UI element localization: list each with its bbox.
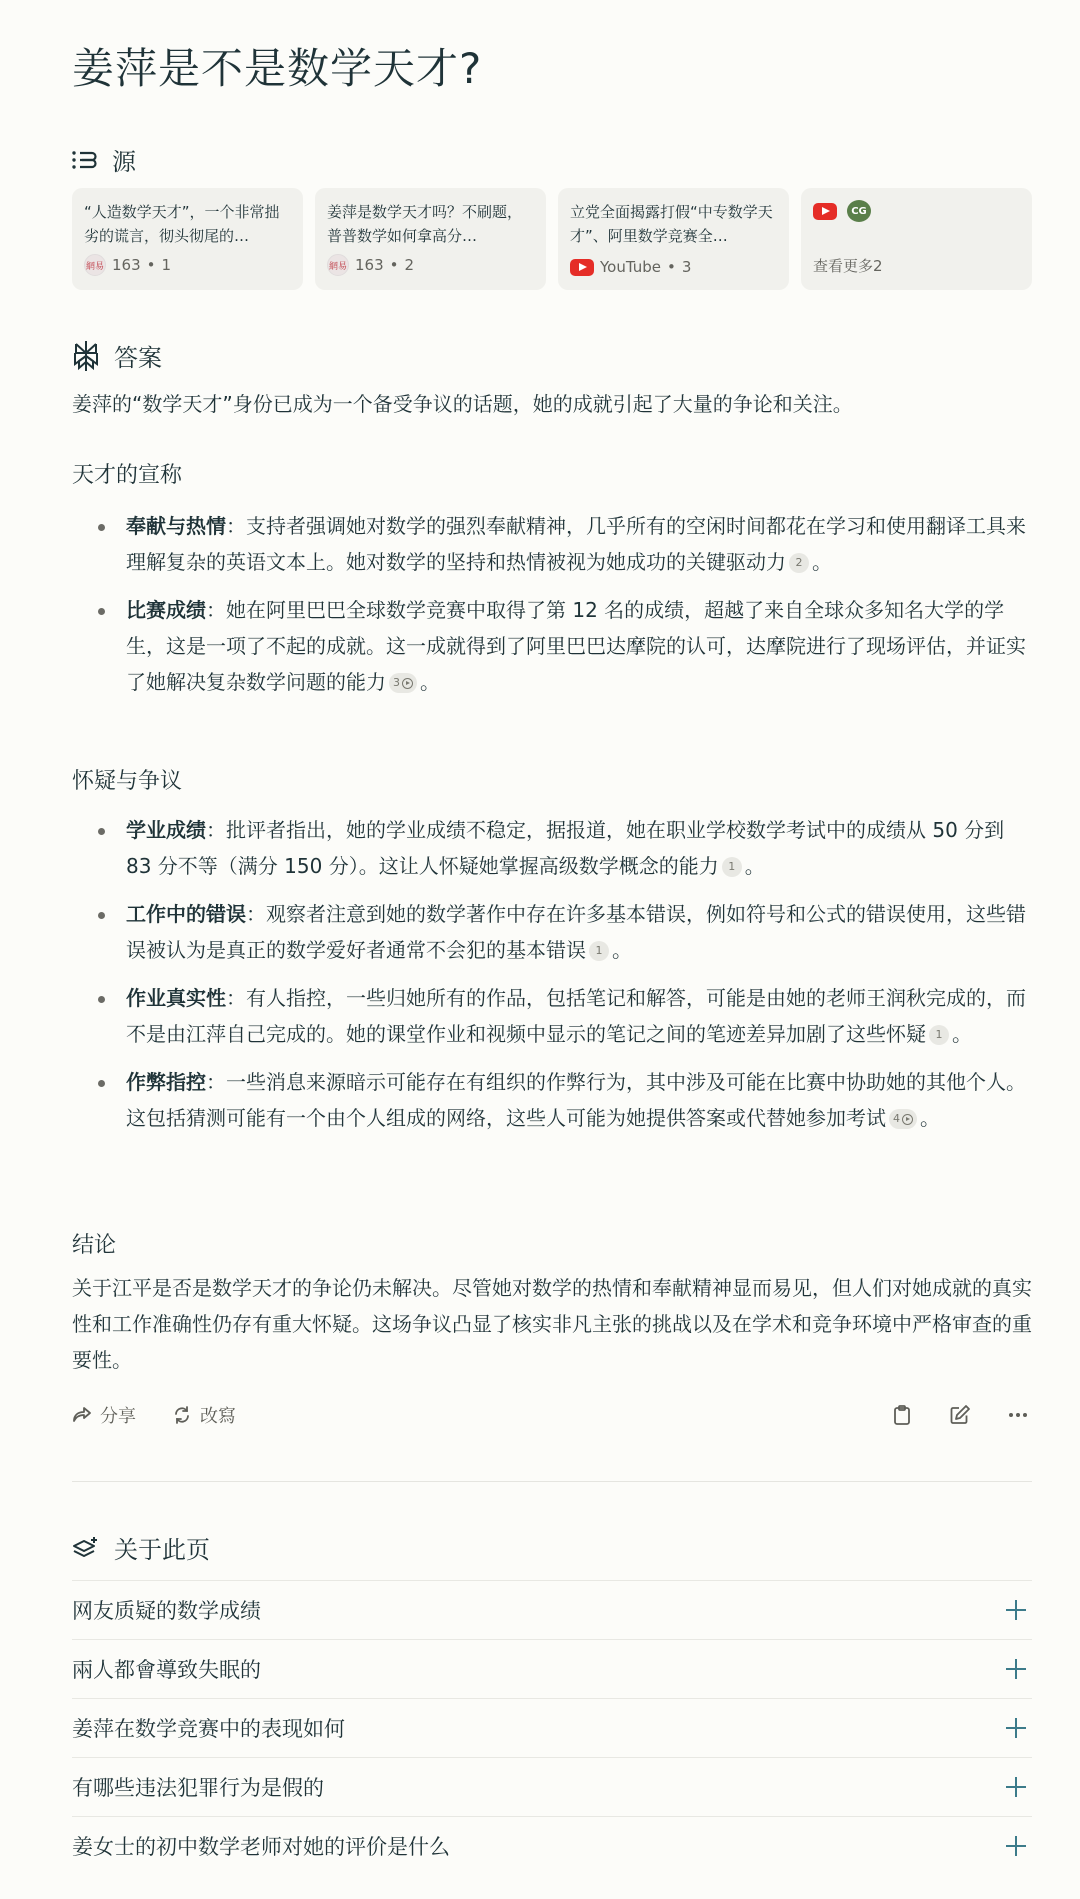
section-heading-doubts: 怀疑与争议 — [72, 764, 182, 795]
sources-list: “人造数学天才”，一个非常拙劣的谎言，彻头彻尾的… 網易 163 • 1 姜萍是… — [72, 188, 1032, 290]
related-item-label: 姜女士的初中数学老师对她的评价是什么 — [72, 1831, 450, 1861]
plus-icon — [1006, 1777, 1026, 1797]
list-item: 学业成绩：批评者指出，她的学业成绩不稳定，据报道，她在职业学校数学考试中的成绩从… — [96, 812, 1032, 884]
related-item-label: 兩人都會導致失眠的 — [72, 1654, 261, 1684]
related-item[interactable]: 兩人都會導致失眠的 — [72, 1639, 1032, 1698]
item-text: ：有人指控，一些归她所有的作品，包括笔记和解答，可能是由她的老师王润秋完成的，而… — [126, 986, 1026, 1046]
answer-actions: 分享 改寫 — [72, 1398, 1032, 1432]
related-item-label: 有哪些违法犯罪行为是假的 — [72, 1772, 324, 1802]
source-site: 163 — [355, 256, 384, 274]
separator-dot: • — [147, 256, 156, 274]
source-meta: 網易 163 • 1 — [84, 254, 171, 276]
answer-heading: 答案 — [72, 338, 162, 373]
answer-intro: 姜萍的“数学天才”身份已成为一个备受争议的话题，她的成就引起了大量的争论和关注。 — [72, 388, 853, 420]
citation-badge[interactable]: 1 — [929, 1025, 949, 1045]
source-site: 163 — [112, 256, 141, 274]
rewrite-button[interactable]: 改寫 — [172, 1402, 236, 1428]
video-play-icon — [902, 1114, 913, 1125]
item-text: ：观察者注意到她的数学著作中存在许多基本错误，例如符号和公式的错误使用，这些错误… — [126, 902, 1026, 962]
view-more-label: 查看更多2 — [813, 255, 883, 276]
copy-button[interactable] — [888, 1401, 916, 1429]
sources-heading-label: 源 — [112, 142, 136, 177]
source-site: YouTube — [600, 258, 661, 276]
related-item-label: 姜萍在数学竞赛中的表现如何 — [72, 1713, 345, 1743]
edit-icon — [949, 1404, 971, 1426]
related-item-label: 网友质疑的数学成绩 — [72, 1595, 261, 1625]
cg-icon: CG — [847, 200, 871, 222]
separator-dot: • — [667, 258, 676, 276]
item-label: 比赛成绩 — [126, 598, 206, 622]
related-heading: 关于此页 — [72, 1530, 210, 1565]
clipboard-icon — [893, 1404, 911, 1426]
rewrite-icon — [172, 1405, 192, 1425]
citation-badge[interactable]: 1 — [722, 857, 742, 877]
source-card-1[interactable]: “人造数学天才”，一个非常拙劣的谎言，彻头彻尾的… 網易 163 • 1 — [72, 188, 303, 290]
answer-logo-icon — [72, 340, 100, 372]
list-item: 工作中的错误：观察者注意到她的数学著作中存在许多基本错误，例如符号和公式的错误使… — [96, 896, 1032, 968]
sources-icon — [72, 149, 98, 171]
source-meta: YouTube • 3 — [570, 258, 691, 276]
related-heading-label: 关于此页 — [114, 1530, 210, 1565]
related-list: 网友质疑的数学成绩 兩人都會導致失眠的 姜萍在数学竞赛中的表现如何 有哪些违法犯… — [72, 1580, 1032, 1875]
source-card-2[interactable]: 姜萍是数学天才吗？不刷题，普普数学如何拿高分… 網易 163 • 2 — [315, 188, 546, 290]
view-more-sources-card[interactable]: CG 查看更多2 — [801, 188, 1032, 290]
answer-tools — [888, 1401, 1032, 1429]
item-text: ：批评者指出，她的学业成绩不稳定，据报道，她在职业学校数学考试中的成绩从 50 … — [126, 818, 1004, 878]
conclusion-text: 关于江平是否是数学天才的争论仍未解决。尽管她对数学的热情和奉献精神显而易见，但人… — [72, 1270, 1032, 1378]
source-meta: 網易 163 • 2 — [327, 254, 414, 276]
source-title: 姜萍是数学天才吗？不刷题，普普数学如何拿高分… — [327, 200, 534, 248]
citation-badge[interactable]: 4 — [889, 1109, 917, 1129]
section-heading-conclusion: 结论 — [72, 1228, 116, 1259]
related-layers-icon — [72, 1535, 100, 1561]
plus-icon — [1006, 1718, 1026, 1738]
share-icon — [72, 1406, 92, 1424]
more-source-icons: CG — [813, 200, 1020, 222]
source-title: 立党全面揭露打假“中专数学天才”、阿里数学竞赛全… — [570, 200, 777, 248]
section-heading-genius-claims: 天才的宣称 — [72, 458, 182, 489]
share-button[interactable]: 分享 — [72, 1402, 136, 1428]
youtube-icon — [570, 259, 594, 276]
item-label: 学业成绩 — [126, 818, 206, 842]
163-icon: 網易 — [327, 254, 349, 276]
item-label: 作弊指控 — [126, 1070, 206, 1094]
source-index: 3 — [682, 258, 692, 276]
list-item: 作业真实性：有人指控，一些归她所有的作品，包括笔记和解答，可能是由她的老师王润秋… — [96, 980, 1032, 1052]
citation-badge[interactable]: 1 — [589, 941, 609, 961]
source-index: 2 — [405, 256, 415, 274]
plus-icon — [1006, 1659, 1026, 1679]
related-item[interactable]: 姜女士的初中数学老师对她的评价是什么 — [72, 1816, 1032, 1875]
list-item: 比赛成绩：她在阿里巴巴全球数学竞赛中取得了第 12 名的成绩，超越了来自全球众多… — [96, 592, 1032, 700]
youtube-icon — [813, 203, 837, 220]
related-item[interactable]: 网友质疑的数学成绩 — [72, 1580, 1032, 1639]
source-index: 1 — [162, 256, 172, 274]
separator-dot: • — [390, 256, 399, 274]
more-button[interactable] — [1004, 1401, 1032, 1429]
source-card-3[interactable]: 立党全面揭露打假“中专数学天才”、阿里数学竞赛全… YouTube • 3 — [558, 188, 789, 290]
citation-badge[interactable]: 3 — [389, 673, 417, 693]
rewrite-label: 改寫 — [200, 1402, 236, 1428]
sources-heading: 源 — [72, 142, 136, 177]
genius-claims-list: 奉献与热情：支持者强调她对数学的强烈奉献精神，几乎所有的空闲时间都花在学习和使用… — [96, 508, 1032, 712]
citation-badge[interactable]: 2 — [789, 553, 809, 573]
item-text: ：她在阿里巴巴全球数学竞赛中取得了第 12 名的成绩，超越了来自全球众多知名大学… — [126, 598, 1026, 694]
item-text: ：支持者强调她对数学的强烈奉献精神，几乎所有的空闲时间都花在学习和使用翻译工具来… — [126, 514, 1026, 574]
source-title: “人造数学天才”，一个非常拙劣的谎言，彻头彻尾的… — [84, 200, 291, 248]
list-item: 奉献与热情：支持者强调她对数学的强烈奉献精神，几乎所有的空闲时间都花在学习和使用… — [96, 508, 1032, 580]
plus-icon — [1006, 1836, 1026, 1856]
share-label: 分享 — [100, 1402, 136, 1428]
plus-icon — [1006, 1600, 1026, 1620]
item-label: 工作中的错误 — [126, 902, 246, 926]
doubts-list: 学业成绩：批评者指出，她的学业成绩不稳定，据报道，她在职业学校数学考试中的成绩从… — [96, 812, 1032, 1148]
more-icon — [1008, 1412, 1028, 1418]
edit-button[interactable] — [946, 1401, 974, 1429]
answer-heading-label: 答案 — [114, 338, 162, 373]
list-item: 作弊指控：一些消息来源暗示可能存在有组织的作弊行为，其中涉及可能在比赛中协助她的… — [96, 1064, 1032, 1136]
163-icon: 網易 — [84, 254, 106, 276]
section-divider — [72, 1481, 1032, 1482]
related-item[interactable]: 姜萍在数学竞赛中的表现如何 — [72, 1698, 1032, 1757]
item-label: 作业真实性 — [126, 986, 226, 1010]
related-item[interactable]: 有哪些违法犯罪行为是假的 — [72, 1757, 1032, 1816]
page-title: 姜萍是不是数学天才? — [72, 36, 482, 96]
item-label: 奉献与热情 — [126, 514, 226, 538]
video-play-icon — [402, 678, 413, 689]
